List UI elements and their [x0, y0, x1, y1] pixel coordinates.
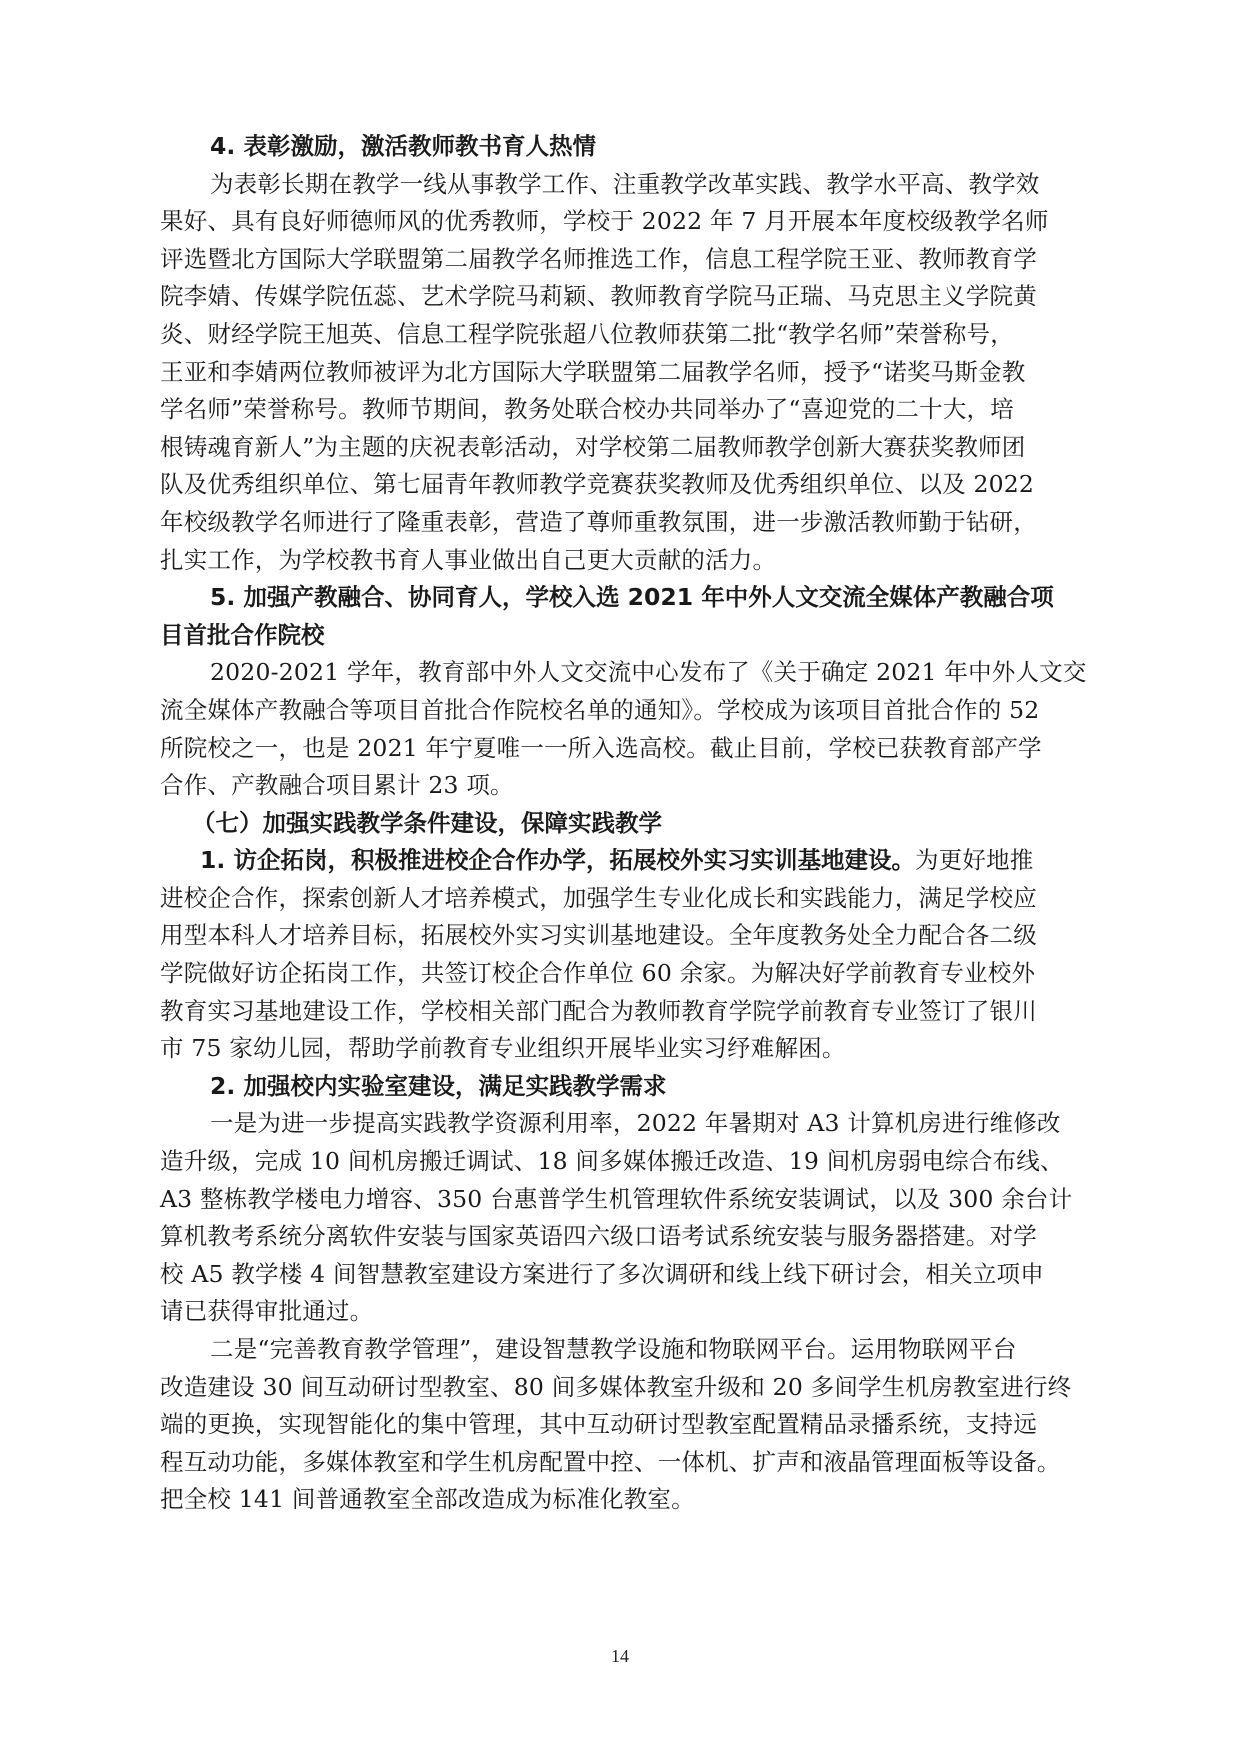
chapter-heading-7: （七）加强实践教学条件建设，保障实践教学 [160, 805, 1080, 843]
body-line: 年校级教学名师进行了隆重表彰，营造了尊师重教氛围，进一步激活教师勤于钻研， [160, 504, 1080, 542]
body-line: 程互动功能，多媒体教室和学生机房配置中控、一体机、扩声和液晶管理面板等设备。 [160, 1444, 1080, 1482]
body-line: 2020-2021 学年，教育部中外人文交流中心发布了《关于确定 2021 年中… [160, 654, 1080, 692]
body-line: 一是为进一步提高实践教学资源利用率，2022 年暑期对 A3 计算机房进行维修改 [160, 1105, 1080, 1143]
body-line: 王亚和李婧两位教师被评为北方国际大学联盟第二届教学名师，授予“诺奖马斯金教 [160, 354, 1080, 392]
body-line: 为表彰长期在教学一线从事教学工作、注重教学改革实践、教学水平高、教学效 [160, 166, 1080, 204]
body-line: 合作、产教融合项目累计 23 项。 [160, 767, 1080, 805]
body-line: 根铸魂育新人”为主题的庆祝表彰活动，对学校第二届教师教学创新大赛获奖教师团 [160, 429, 1080, 467]
section-heading-4: 4. 表彰激励，激活教师教书育人热情 [160, 128, 1080, 166]
body-line: 进校企合作，探索创新人才培养模式，加强学生专业化成长和实践能力，满足学校应 [160, 880, 1080, 918]
body-line: 端的更换，实现智能化的集中管理，其中互动研讨型教室配置精品录播系统，支持远 [160, 1406, 1080, 1444]
body-line: 用型本科人才培养目标，拓展校外实习实训基地建设。全年度教务处全力配合各二级 [160, 917, 1080, 955]
body-line: 请已获得审批通过。 [160, 1293, 1080, 1331]
body-text: 为更好地推 [915, 846, 1034, 874]
body-line: 评选暨北方国际大学联盟第二届教学名师推选工作，信息工程学院王亚、教师教育学 [160, 241, 1080, 279]
body-line: 所院校之一，也是 2021 年宁夏唯一一所入选高校。截止目前，学校已获教育部产学 [160, 730, 1080, 768]
body-line: 算机教考系统分离软件安装与国家英语四六级口语考试系统安装与服务器搭建。对学 [160, 1218, 1080, 1256]
page-number: 14 [0, 1646, 1240, 1667]
body-line: 市 75 家幼儿园，帮助学前教育专业组织开展毕业实习纾难解困。 [160, 1030, 1080, 1068]
section-heading-5: 5. 加强产教融合、协同育人，学校入选 2021 年中外人文交流全媒体产教融合项 [160, 579, 1080, 617]
body-line: 把全校 141 间普通教室全部改造成为标准化教室。 [160, 1481, 1080, 1519]
body-line: 扎实工作，为学校教书育人事业做出自己更大贡献的活力。 [160, 542, 1080, 580]
subsection-heading-7-2: 2. 加强校内实验室建设，满足实践教学需求 [160, 1068, 1080, 1106]
body-line: 队及优秀组织单位、第七届青年教师教学竞赛获奖教师及优秀组织单位、以及 2022 [160, 466, 1080, 504]
body-line: 果好、具有良好师德师风的优秀教师，学校于 2022 年 7 月开展本年度校级教学… [160, 203, 1080, 241]
subsection-heading-7-1: 1. 访企拓岗，积极推进校企合作办学，拓展校外实习实训基地建设。 [200, 846, 915, 874]
document-page: 4. 表彰激励，激活教师教书育人热情 为表彰长期在教学一线从事教学工作、注重教学… [160, 128, 1080, 1519]
body-line: 炎、财经学院王旭英、信息工程学院张超八位教师获第二批“教学名师”荣誉称号， [160, 316, 1080, 354]
body-line: 流全媒体产教融合等项目首批合作院校名单的通知》。学校成为该项目首批合作的 52 [160, 692, 1080, 730]
body-line: 学名师”荣誉称号。教师节期间，教务处联合校办共同举办了“喜迎党的二十大，培 [160, 391, 1080, 429]
body-line: 校 A5 教学楼 4 间智慧教室建设方案进行了多次调研和线上线下研讨会，相关立项… [160, 1256, 1080, 1294]
body-line: 教育实习基地建设工作，学校相关部门配合为教师教育学院学前教育专业签订了银川 [160, 993, 1080, 1031]
body-line: 院李婧、传媒学院伍蕊、艺术学院马莉颖、教师教育学院马正瑞、马克思主义学院黄 [160, 278, 1080, 316]
body-line: 造升级，完成 10 间机房搬迁调试、18 间多媒体搬迁改造、19 间机房弱电综合… [160, 1143, 1080, 1181]
subsection-7-1-first-line: 1. 访企拓岗，积极推进校企合作办学，拓展校外实习实训基地建设。为更好地推 [160, 842, 1080, 880]
body-line: 改造建设 30 间互动研讨型教室、80 间多媒体教室升级和 20 多间学生机房教… [160, 1369, 1080, 1407]
body-line: 二是“完善教育教学管理”，建设智慧教学设施和物联网平台。运用物联网平台 [160, 1331, 1080, 1369]
section-heading-5-cont: 目首批合作院校 [160, 617, 1080, 655]
body-line: A3 整栋教学楼电力增容、350 台惠普学生机管理软件系统安装调试，以及 300… [160, 1181, 1080, 1219]
body-line: 学院做好访企拓岗工作，共签订校企合作单位 60 余家。为解决好学前教育专业校外 [160, 955, 1080, 993]
